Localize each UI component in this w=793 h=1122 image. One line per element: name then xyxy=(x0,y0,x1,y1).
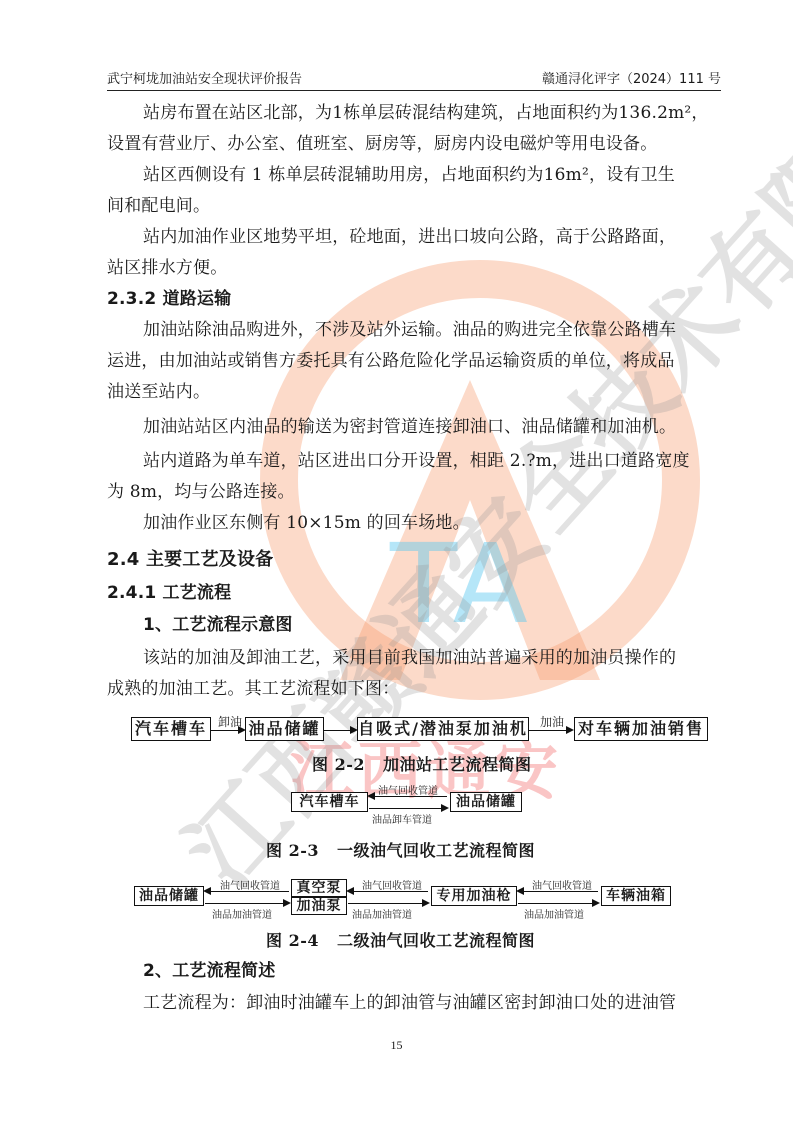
report-number: 赣通浔化评字（2024）111 号 xyxy=(542,68,721,87)
arrow-label: 油气回收管道 xyxy=(362,877,422,892)
arrow-label: 油品加油管道 xyxy=(352,906,412,921)
paragraph-line: 加油作业区东侧有 10×15m 的回车场地。 xyxy=(143,513,721,533)
flow-box: 油品储罐 xyxy=(134,886,204,906)
figure-caption: 图 2-3一级油气回收工艺流程简图 xyxy=(266,838,535,861)
flow-box: 真空泵 xyxy=(291,879,347,897)
paragraph-line: 运进，由加油站或销售方委托具有公路危险化学品运输资质的单位，将成品 xyxy=(107,351,721,371)
paragraph-line: 站区排水方便。 xyxy=(107,258,721,278)
section-heading-2-3-2: 2.3.2 道路运输 xyxy=(107,289,721,309)
paragraph-line: 加油站站区内油品的输送为密封管道连接卸油口、油品储罐和加油机。 xyxy=(143,417,721,437)
document-page: 武宁柯垅加油站安全现状评价报告 赣通浔化评字（2024）111 号 TA 江西通… xyxy=(0,0,793,1122)
arrow-label: 油品加油管道 xyxy=(212,906,272,921)
arrow-label: 油品卸车管道 xyxy=(372,811,432,826)
arrow-label: 油品加油管道 xyxy=(524,906,584,921)
arrow-right xyxy=(348,903,428,904)
arrow-left xyxy=(369,796,447,797)
paragraph-line: 站内加油作业区地势平坦，砼地面，进出口坡向公路，高于公路路面， xyxy=(143,227,721,247)
arrow-left xyxy=(348,891,428,892)
page-header: 武宁柯垅加油站安全现状评价报告 赣通浔化评字（2024）111 号 xyxy=(107,68,721,91)
arrow-label: 油气回收管道 xyxy=(378,782,438,797)
arrow-label: 加油 xyxy=(540,713,564,730)
report-title: 武宁柯垅加油站安全现状评价报告 xyxy=(107,68,302,87)
paragraph-line: 成熟的加油工艺。其工艺流程如下图： xyxy=(107,679,721,699)
arrow-right xyxy=(529,730,572,731)
flow-box: 车辆油箱 xyxy=(601,886,671,906)
arrow-label: 卸油 xyxy=(218,713,242,730)
flow-box: 专用加油枪 xyxy=(431,886,517,906)
paragraph-line: 站内道路为单车道，站区进出口分开设置，相距 2.?m，进出口道路宽度 xyxy=(143,451,721,471)
arrow-right xyxy=(211,730,244,731)
flow-box: 汽车槽车 xyxy=(291,792,368,812)
arrow-right xyxy=(369,808,447,809)
page-number: 15 xyxy=(0,1038,793,1053)
paragraph-line: 加油站除油品购进外，不涉及站外运输。油品的购进完全依靠公路槽车 xyxy=(143,320,721,340)
flow-box: 加油泵 xyxy=(291,897,347,915)
paragraph-line: 油送至站内。 xyxy=(107,382,721,402)
arrow-right xyxy=(518,903,598,904)
figure-caption: 图 2-2加油站工艺流程简图 xyxy=(312,752,532,775)
flow-box: 自吸式/潜油泵加油机 xyxy=(357,717,529,741)
arrow-left xyxy=(518,891,598,892)
arrow-label: 油气回收管道 xyxy=(220,877,280,892)
flow-box: 汽车槽车 xyxy=(131,717,211,741)
paragraph-line: 为 8m，均与公路连接。 xyxy=(107,482,721,502)
section-heading-2-4-1: 2.4.1 工艺流程 xyxy=(107,583,721,603)
paragraph-line: 设置有营业厅、办公室、值班室、厨房等，厨房内设电磁炉等用电设备。 xyxy=(107,134,721,154)
paragraph-line: 间和配电间。 xyxy=(107,196,721,216)
paragraph-line: 站区西侧设有 1 栋单层砖混辅助用房，占地面积约为16m²，设有卫生 xyxy=(143,165,721,185)
section-heading-2-4: 2.4 主要工艺及设备 xyxy=(107,550,721,570)
arrow-right xyxy=(324,730,356,731)
subheading-2: 2、工艺流程简述 xyxy=(143,961,721,981)
paragraph-line: 站房布置在站区北部，为1栋单层砖混结构建筑，占地面积约为136.2m²， xyxy=(143,103,721,123)
subheading-1: 1、工艺流程示意图 xyxy=(143,615,721,635)
flow-box: 油品储罐 xyxy=(245,717,324,741)
arrow-right xyxy=(205,903,289,904)
paragraph-line: 工艺流程为：卸油时油罐车上的卸油管与油罐区密封卸油口处的进油管 xyxy=(143,993,721,1013)
arrow-label: 油气回收管道 xyxy=(532,877,592,892)
paragraph-line: 该站的加油及卸油工艺，采用目前我国加油站普遍采用的加油员操作的 xyxy=(143,648,721,668)
flow-box: 油品储罐 xyxy=(450,792,522,812)
flow-box: 对车辆加油销售 xyxy=(574,717,708,741)
figure-caption: 图 2-4二级油气回收工艺流程简图 xyxy=(266,928,535,951)
arrow-left xyxy=(205,891,289,892)
